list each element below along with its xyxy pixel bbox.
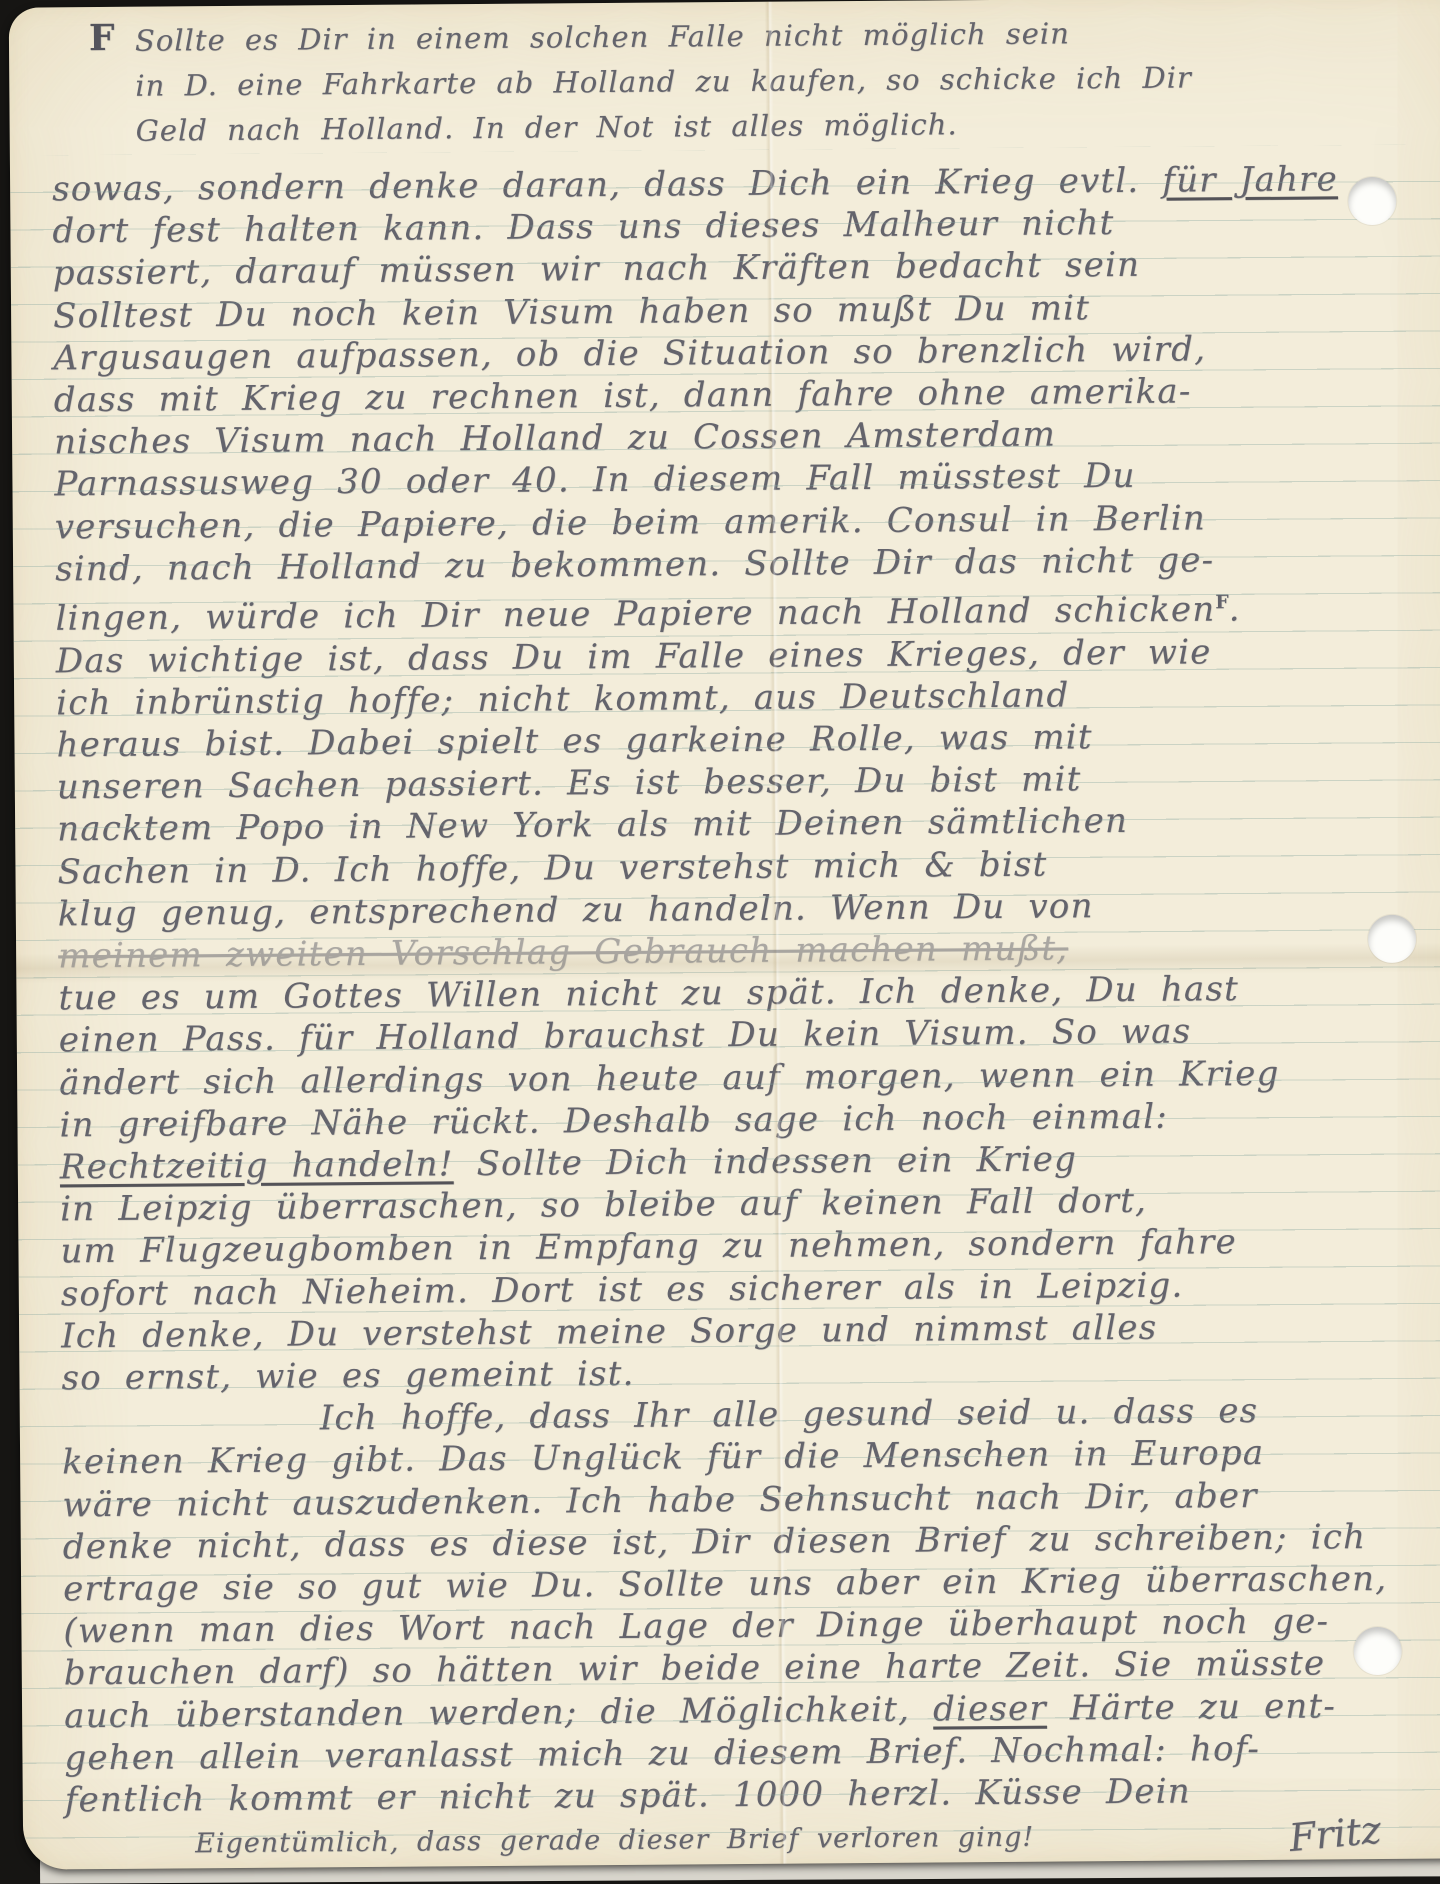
underlined-text: Rechtzeitig handeln! — [60, 1144, 454, 1187]
text-segment: dort fest halten kann. Dass uns dieses M… — [52, 203, 1114, 251]
postscript-line: Eigentümlich, dass gerade dieser Brief v… — [195, 1814, 1034, 1860]
text-segment: Parnassusweg 30 oder 40. In diesem Fall … — [54, 456, 1135, 504]
text-segment: Sachen in D. Ich hoffe, Du verstehst mic… — [57, 844, 1047, 892]
text-segment: nisches Visum nach Holland zu Cossen Ams… — [54, 415, 1056, 463]
text-segment: versuchen, die Papiere, die beim amerik.… — [55, 498, 1206, 547]
text-segment: Sollte es Dir in einem solchen Falle nic… — [135, 16, 1070, 57]
marginal-note-marker: F — [89, 17, 115, 59]
underlined-text: dieser — [933, 1688, 1047, 1729]
text-segment: heraus bist. Dabei spielt es garkeine Ro… — [56, 717, 1092, 765]
punch-hole — [1353, 1627, 1401, 1675]
punch-hole — [1348, 177, 1396, 225]
text-segment: in D. eine Fahrkarte ab Holland zu kaufe… — [135, 60, 1192, 102]
text-segment: passiert, darauf müssen wir nach Kräften… — [53, 245, 1141, 294]
text-segment: Sollte Dich indessen ein Krieg — [453, 1139, 1077, 1184]
text-segment: F — [1215, 591, 1228, 613]
text-segment: sofort nach Nieheim. Dort ist es sichere… — [61, 1265, 1184, 1314]
marginal-note-lines: Sollte es Dir in einem solchen Falle nic… — [135, 8, 1438, 153]
text-segment: klug genug, entsprechend zu handeln. Wen… — [58, 886, 1094, 934]
text-segment: so ernst, wie es gemeint ist. — [61, 1354, 634, 1398]
text-segment: nacktem Popo in New York als mit Deinen … — [57, 801, 1128, 849]
text-segment: um Flugzeugbomben in Empfang zu nehmen, … — [60, 1223, 1237, 1272]
letter-body: sowas, sondern denke daran, dass Dich ei… — [52, 157, 1440, 1821]
text-segment: Das wichtige ist, dass Du im Falle eines… — [56, 632, 1212, 681]
letter-page: F Sollte es Dir in einem solchen Falle n… — [9, 0, 1440, 1870]
signature: Fritz — [1287, 1807, 1393, 1860]
text-segment: lingen, würde ich Dir neue Papiere nach … — [55, 590, 1215, 639]
text-segment: meinem zweiten Vorschlag Gebrauch machen… — [58, 928, 1068, 976]
text-segment: ich inbrünstig hoffe; nicht kommt, aus D… — [56, 675, 1070, 723]
text-segment: Solltest Du noch kein Visum haben so muß… — [53, 288, 1090, 336]
text-segment: auch überstanden werden; die Möglichkeit… — [64, 1689, 933, 1736]
text-segment: Ich denke, Du verstehst meine Sorge und … — [61, 1308, 1157, 1357]
handwritten-line: Geld nach Holland. In der Not ist alles … — [136, 98, 1438, 153]
text-segment: . — [1228, 589, 1240, 629]
letter-footer: Eigentümlich, dass gerade dieser Brief v… — [195, 1811, 1391, 1864]
text-segment: unseren Sachen passiert. Es ist besser, … — [57, 759, 1082, 807]
text-segment: Geld nach Holland. In der Not ist alles … — [136, 107, 958, 147]
underlined-text: für Jahre — [1162, 159, 1338, 200]
text-segment: fentlich kommt er nicht zu spät. 1000 he… — [65, 1772, 1191, 1821]
text-segment: Ich hoffe, dass Ihr alle gesund seid u. … — [320, 1391, 1259, 1438]
text-segment: in greifbare Nähe rückt. Deshalb sage ic… — [59, 1096, 1168, 1145]
text-segment: in Leipzig überraschen, so bleibe auf ke… — [60, 1181, 1147, 1230]
text-segment: sowas, sondern denke daran, dass Dich ei… — [52, 161, 1163, 210]
text-segment: einen Pass. für Holland brauchst Du kein… — [59, 1012, 1192, 1061]
text-segment: Härte zu ent- — [1047, 1686, 1336, 1728]
